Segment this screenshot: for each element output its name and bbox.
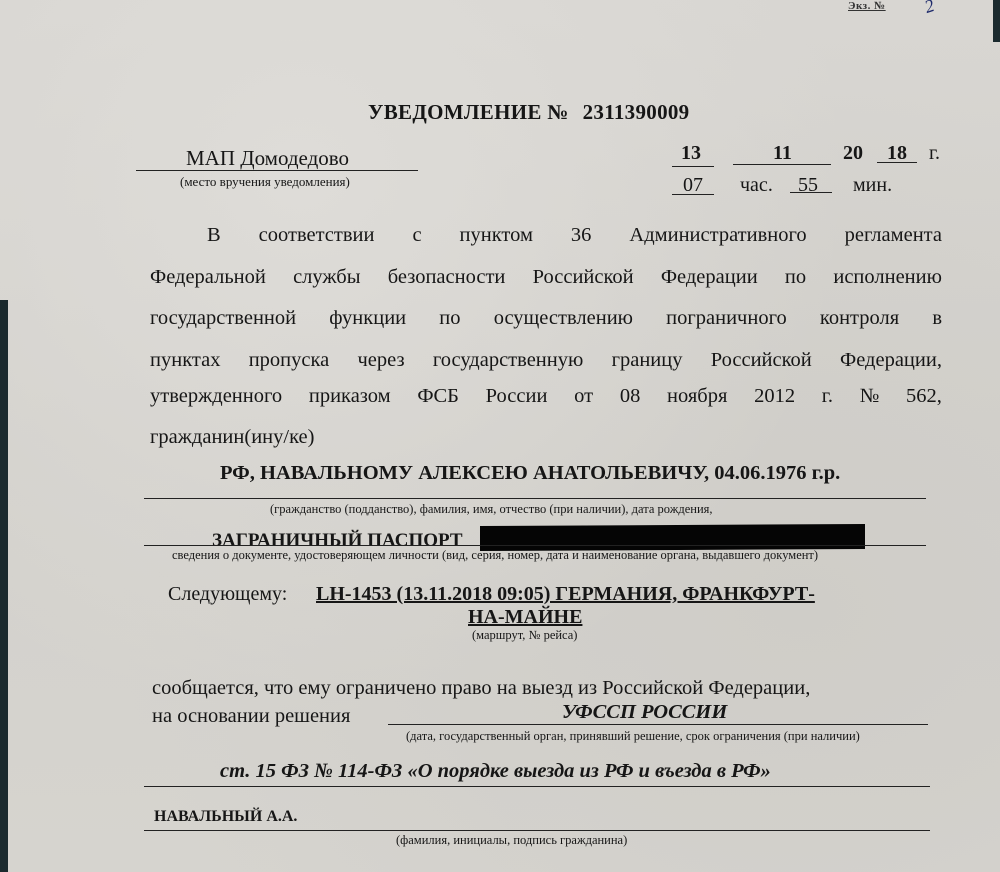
year-underline <box>877 162 917 163</box>
body-word: по <box>785 266 806 289</box>
hour-label: час. <box>740 174 773 197</box>
body-word: осуществлению <box>494 307 633 330</box>
route-caption: (маршрут, № рейса) <box>472 628 577 643</box>
body-word: 562, <box>906 385 942 408</box>
body-word: через <box>358 349 405 372</box>
body-word: границу <box>612 349 683 372</box>
time-minute: 55 <box>798 174 818 197</box>
body-word: пунктах <box>150 349 220 372</box>
decision-underline <box>388 724 928 725</box>
day-underline <box>672 166 714 167</box>
body-word: Федерации, <box>840 349 942 372</box>
minute-label: мин. <box>853 174 892 197</box>
date-month: 11 <box>773 142 792 165</box>
citizen-details: РФ, НАВАЛЬНОМУ АЛЕКСЕЮ АНАТОЛЬЕВИЧУ, 04.… <box>220 462 840 485</box>
identity-document-caption: сведения о документе, удостоверяющем лич… <box>172 548 818 563</box>
body-word: государственную <box>433 349 583 372</box>
body-word: Российской <box>711 349 812 372</box>
citizen-caption: (гражданство (подданство), фамилия, имя,… <box>270 502 713 517</box>
document-underline <box>144 545 926 546</box>
year-label: г. <box>929 142 940 165</box>
body-word: утвержденного <box>150 385 282 408</box>
route-value-continued: НА-МАЙНЕ <box>468 606 582 629</box>
decision-basis-label: на основании решения <box>152 705 350 728</box>
copy-number-stamp: Экз. № <box>848 0 886 12</box>
body-word: по <box>439 307 460 330</box>
body-word: контроля <box>820 307 899 330</box>
legal-basis: ст. 15 ФЗ № 114-ФЗ «О порядке выезда из … <box>220 760 771 783</box>
body-word: службы <box>293 266 360 289</box>
body-line: гражданин(ину/ке) <box>150 426 942 449</box>
body-word: В <box>207 224 221 247</box>
body-word: Федеральной <box>150 266 266 289</box>
body-word: гражданин(ину/ке) <box>150 426 314 449</box>
body-word: пунктом <box>460 224 533 247</box>
body-word: г. <box>822 385 833 408</box>
legal-basis-underline <box>144 786 930 787</box>
body-word: от <box>574 385 593 408</box>
document-title: УВЕДОМЛЕНИЕ №2311390009 <box>368 100 689 125</box>
date-year-prefix: 20 <box>843 142 863 165</box>
body-word: 36 <box>571 224 592 247</box>
photo-background-edge <box>0 300 8 872</box>
handwritten-copy-number: 2 <box>922 0 937 18</box>
photo-background-edge <box>993 0 1000 42</box>
body-line: ФедеральнойслужбыбезопасностиРоссийскойФ… <box>150 266 942 289</box>
notice-number: 2311390009 <box>583 100 690 124</box>
place-underline <box>136 170 418 171</box>
body-line: утвержденногоприказомФСБРоссииот08ноября… <box>150 385 942 408</box>
restriction-notice: сообщается, что ему ограничено право на … <box>152 677 810 700</box>
body-word: № <box>860 385 880 408</box>
title-label: УВЕДОМЛЕНИЕ № <box>368 100 569 124</box>
body-word: регламента <box>845 224 942 247</box>
minute-underline <box>790 192 832 193</box>
body-word: безопасности <box>388 266 506 289</box>
document-page: Экз. № 2 УВЕДОМЛЕНИЕ №2311390009 МАП Дом… <box>0 0 1000 872</box>
body-word: функции <box>329 307 406 330</box>
body-word: ноября <box>667 385 727 408</box>
route-value: LH-1453 (13.11.2018 09:05) ГЕРМАНИЯ, ФРА… <box>316 583 815 606</box>
body-word: с <box>412 224 421 247</box>
month-underline <box>733 164 831 165</box>
body-word: Федерации <box>661 266 758 289</box>
signature-underline <box>144 830 930 831</box>
hour-underline <box>672 194 714 195</box>
decision-authority: УФССП РОССИИ <box>562 701 727 724</box>
body-line: государственнойфункциипоосуществлениюпог… <box>150 307 942 330</box>
body-word: ФСБ <box>417 385 459 408</box>
route-label: Следующему: <box>168 583 287 606</box>
date-day: 13 <box>681 142 701 165</box>
body-word: соответствии <box>259 224 375 247</box>
body-word: пограничного <box>666 307 787 330</box>
body-line: пунктахпропускачерезгосударственнуюграни… <box>150 349 942 372</box>
place-of-delivery: МАП Домодедово <box>186 146 349 171</box>
decision-caption: (дата, государственный орган, принявший … <box>406 729 860 744</box>
signature-caption: (фамилия, инициалы, подпись гражданина) <box>396 833 627 848</box>
body-line: Всоответствииспунктом36Административного… <box>207 224 942 247</box>
body-word: государственной <box>150 307 296 330</box>
redaction-bar <box>480 524 865 551</box>
body-word: 2012 <box>754 385 795 408</box>
body-word: Административного <box>629 224 806 247</box>
body-word: в <box>932 307 942 330</box>
body-word: России <box>486 385 548 408</box>
citizen-signature-name: НАВАЛЬНЫЙ А.А. <box>154 808 297 826</box>
body-word: пропуска <box>249 349 330 372</box>
citizen-underline <box>144 498 926 499</box>
body-word: приказом <box>309 385 391 408</box>
place-caption: (место вручения уведомления) <box>180 174 350 190</box>
body-word: исполнению <box>833 266 942 289</box>
body-word: 08 <box>620 385 641 408</box>
body-word: Российской <box>533 266 634 289</box>
